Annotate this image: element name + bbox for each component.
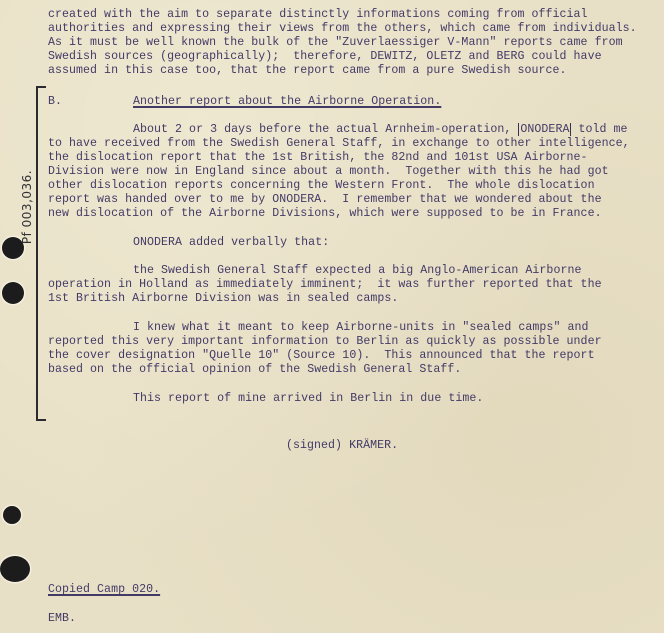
paragraph-4-first-line: I knew what it meant to keep Airborne-un… — [133, 321, 588, 335]
paragraph-1-text-after: told me — [571, 123, 627, 136]
paragraph-1-line: to have received from the Swedish Genera… — [48, 137, 630, 151]
section-label: B. — [48, 95, 62, 109]
signature: (signed) KRÄMER. — [286, 439, 398, 453]
margin-bracket-top — [36, 86, 46, 88]
paragraph-2: ONODERA added verbally that: — [133, 236, 329, 250]
intro-line: authorities and expressing their views f… — [48, 22, 637, 36]
section-title: Another report about the Airborne Operat… — [133, 95, 441, 109]
intro-line: Swedish sources (geographically); theref… — [48, 50, 602, 64]
paragraph-5: This report of mine arrived in Berlin in… — [133, 392, 483, 406]
paragraph-4-line: based on the official opinion of the Swe… — [48, 363, 461, 377]
footer-initials: EMB. — [48, 612, 76, 626]
paragraph-1-text-before: About 2 or 3 days before the actual Arnh… — [133, 123, 518, 136]
margin-bracket-bottom — [36, 419, 46, 421]
paragraph-4-line: reported this very important information… — [48, 335, 602, 349]
paragraph-1-line: report was handed over to me by ONODERA.… — [48, 193, 602, 207]
intro-line: created with the aim to separate distinc… — [48, 8, 588, 22]
paragraph-3-line: 1st British Airborne Division was in sea… — [48, 292, 398, 306]
paragraph-1-first-line: About 2 or 3 days before the actual Arnh… — [133, 123, 628, 137]
punch-hole — [0, 556, 30, 582]
boxed-name-onodera: ONODERA — [518, 123, 571, 136]
punch-hole — [2, 282, 24, 304]
margin-annotation: Pf 003,036. — [20, 170, 34, 244]
paragraph-1-line: the dislocation report that the 1st Brit… — [48, 151, 588, 165]
paragraph-4-line: the cover designation "Quelle 10" (Sourc… — [48, 349, 595, 363]
margin-bracket — [36, 86, 38, 420]
punch-hole — [3, 506, 21, 524]
paragraph-1-line: other dislocation reports concerning the… — [48, 179, 595, 193]
intro-line: As it must be well known the bulk of the… — [48, 36, 623, 50]
paragraph-1-line: new dislocation of the Airborne Division… — [48, 207, 602, 221]
paragraph-3-first-line: the Swedish General Staff expected a big… — [133, 264, 581, 278]
paragraph-1-line: Division were now in England since about… — [48, 165, 609, 179]
footer-copied-note: Copied Camp 020. — [48, 583, 160, 597]
intro-line: assumed in this case too, that the repor… — [48, 64, 567, 78]
paragraph-3-line: operation in Holland as immediately immi… — [48, 278, 602, 292]
